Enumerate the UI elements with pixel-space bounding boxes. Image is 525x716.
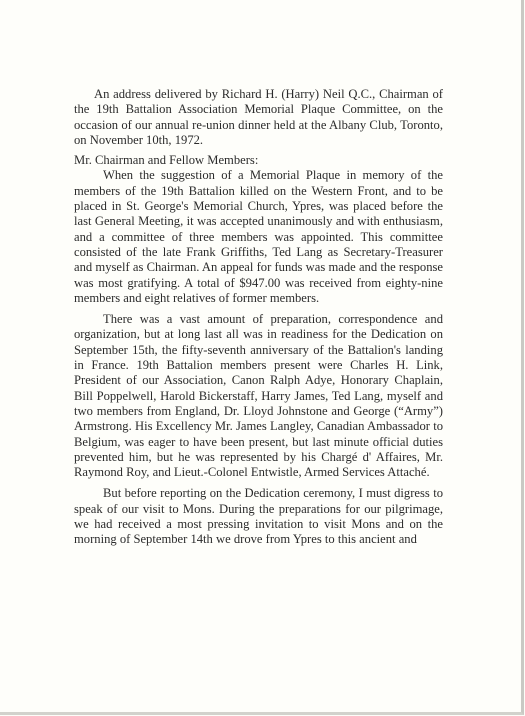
document-body: An address delivered by Richard H. (Harr… (74, 87, 443, 548)
paragraph-3: But before reporting on the Dedication c… (74, 486, 443, 547)
salutation: Mr. Chairman and Fellow Members: (74, 153, 443, 168)
paragraph-2: There was a vast amount of preparation, … (74, 312, 443, 480)
scanned-page: An address delivered by Richard H. (Harr… (0, 0, 524, 715)
paragraph-1: When the suggestion of a Memorial Plaque… (74, 168, 443, 306)
intro-paragraph: An address delivered by Richard H. (Harr… (74, 87, 443, 148)
